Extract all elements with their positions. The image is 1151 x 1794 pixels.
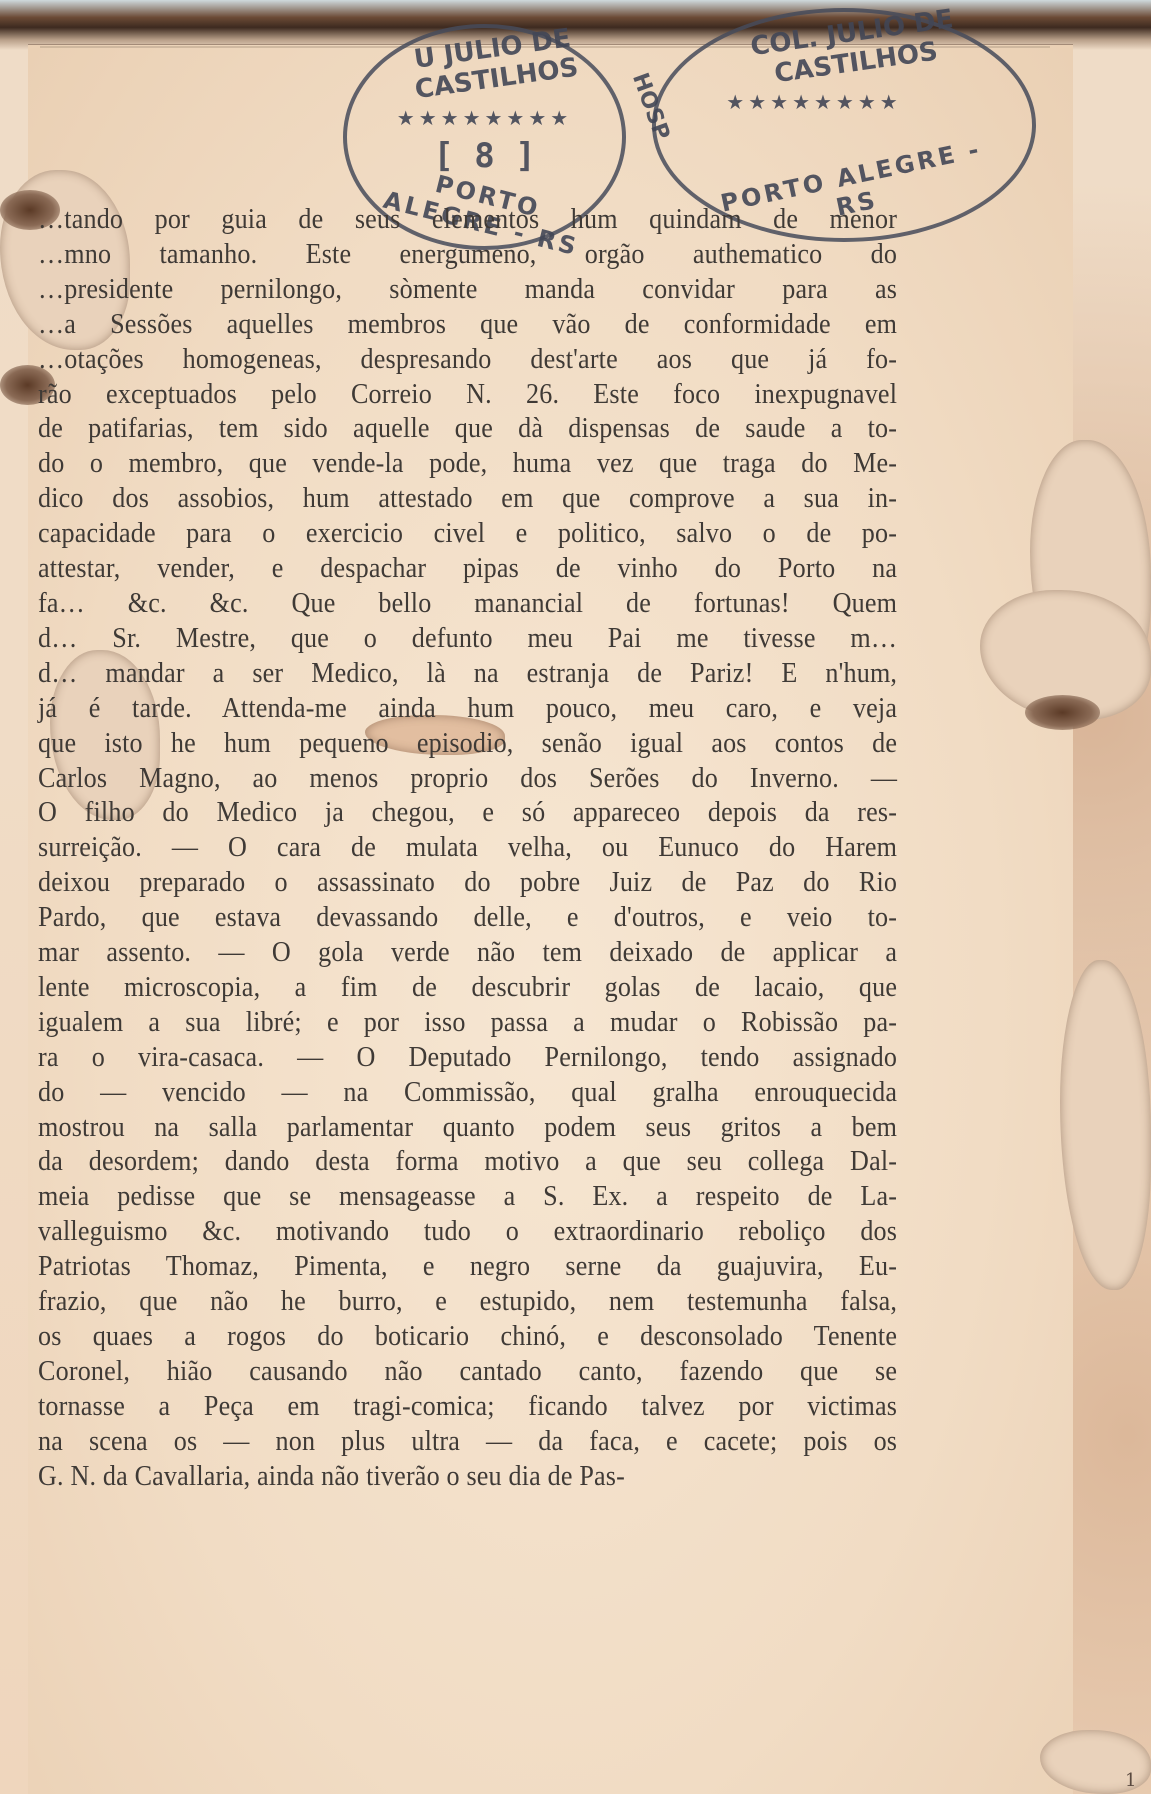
text-line: capacidade para o exercicio civel e poli… (38, 516, 897, 551)
burn-hole-right-mid (1025, 695, 1100, 730)
stamp-stars: ★★★★★★★★ (347, 106, 622, 130)
margin-fragment: 1 (1125, 1770, 1136, 1791)
text-line: d… mandar a ser Medico, là na estranja d… (38, 656, 897, 691)
text-line: já é tarde. Attenda-me ainda hum pouco, … (38, 691, 897, 726)
text-line: …presidente pernilongo, sòmente manda co… (38, 272, 897, 307)
text-line: os quaes a rogos do boticario chinó, e d… (38, 1319, 897, 1354)
text-line: Coronel, hião causando não cantado canto… (38, 1354, 897, 1389)
text-line: ra o vira-casaca. — O Deputado Pernilong… (38, 1040, 897, 1075)
stamp-stars: ★★★★★★★★ (596, 90, 1032, 114)
article-body: …tando por guia de seus elementos hum qu… (38, 202, 898, 1494)
text-line: G. N. da Cavallaria, ainda não tiverão o… (38, 1459, 897, 1494)
text-line: d… Sr. Mestre, que o defunto meu Pai me … (38, 621, 897, 656)
text-line: Patriotas Thomaz, Pimenta, e negro serne… (38, 1249, 897, 1284)
text-line: mostrou na salla parlamentar quanto pode… (38, 1110, 897, 1145)
text-line: fa… &c. &c. Que bello manancial de fortu… (38, 586, 897, 621)
text-line: attestar, vender, e despachar pipas de v… (38, 551, 897, 586)
text-line: Carlos Magno, ao menos proprio dos Serõe… (38, 761, 897, 796)
text-line: …a Sessões aquelles membros que vão de c… (38, 307, 897, 342)
text-line: lente microscopia, a fim de descubrir go… (38, 970, 897, 1005)
text-line: que isto he hum pequeno episodio, senão … (38, 726, 897, 761)
text-line: igualem a sua libré; e por isso passa a … (38, 1005, 897, 1040)
text-line: meia pedisse que se mensageasse a S. Ex.… (38, 1179, 897, 1214)
text-line: …otações homogeneas, despresando dest'ar… (38, 342, 897, 377)
text-line: Pardo, que estava devassando delle, e d'… (38, 900, 897, 935)
text-line: da desordem; dando desta forma motivo a … (38, 1144, 897, 1179)
text-line: rão exceptuados pelo Correio N. 26. Este… (38, 377, 897, 412)
text-line: de patifarias, tem sido aquelle que dà d… (38, 411, 897, 446)
text-line: na scena os — non plus ultra — da faca, … (38, 1424, 897, 1459)
text-line: do o membro, que vende-la pode, huma vez… (38, 446, 897, 481)
text-line: mar assento. — O gola verde não tem deix… (38, 935, 897, 970)
text-line: surreição. — O cara de mulata velha, ou … (38, 830, 897, 865)
text-line: …mno tamanho. Este energumeno, orgão aut… (38, 237, 897, 272)
text-line: …tando por guia de seus elementos hum qu… (38, 202, 897, 237)
text-line: valleguismo &c. motivando tudo o extraor… (38, 1214, 897, 1249)
text-line: O filho do Medico ja chegou, e só appare… (38, 795, 897, 830)
text-line: dico dos assobios, hum attestado em que … (38, 481, 897, 516)
text-line: do — vencido — na Commissão, qual gralha… (38, 1075, 897, 1110)
text-line: frazio, que não he burro, e estupido, ne… (38, 1284, 897, 1319)
text-line: tornasse a Peça em tragi-comica; ficando… (38, 1389, 897, 1424)
text-line: deixou preparado o assassinato do pobre … (38, 865, 897, 900)
